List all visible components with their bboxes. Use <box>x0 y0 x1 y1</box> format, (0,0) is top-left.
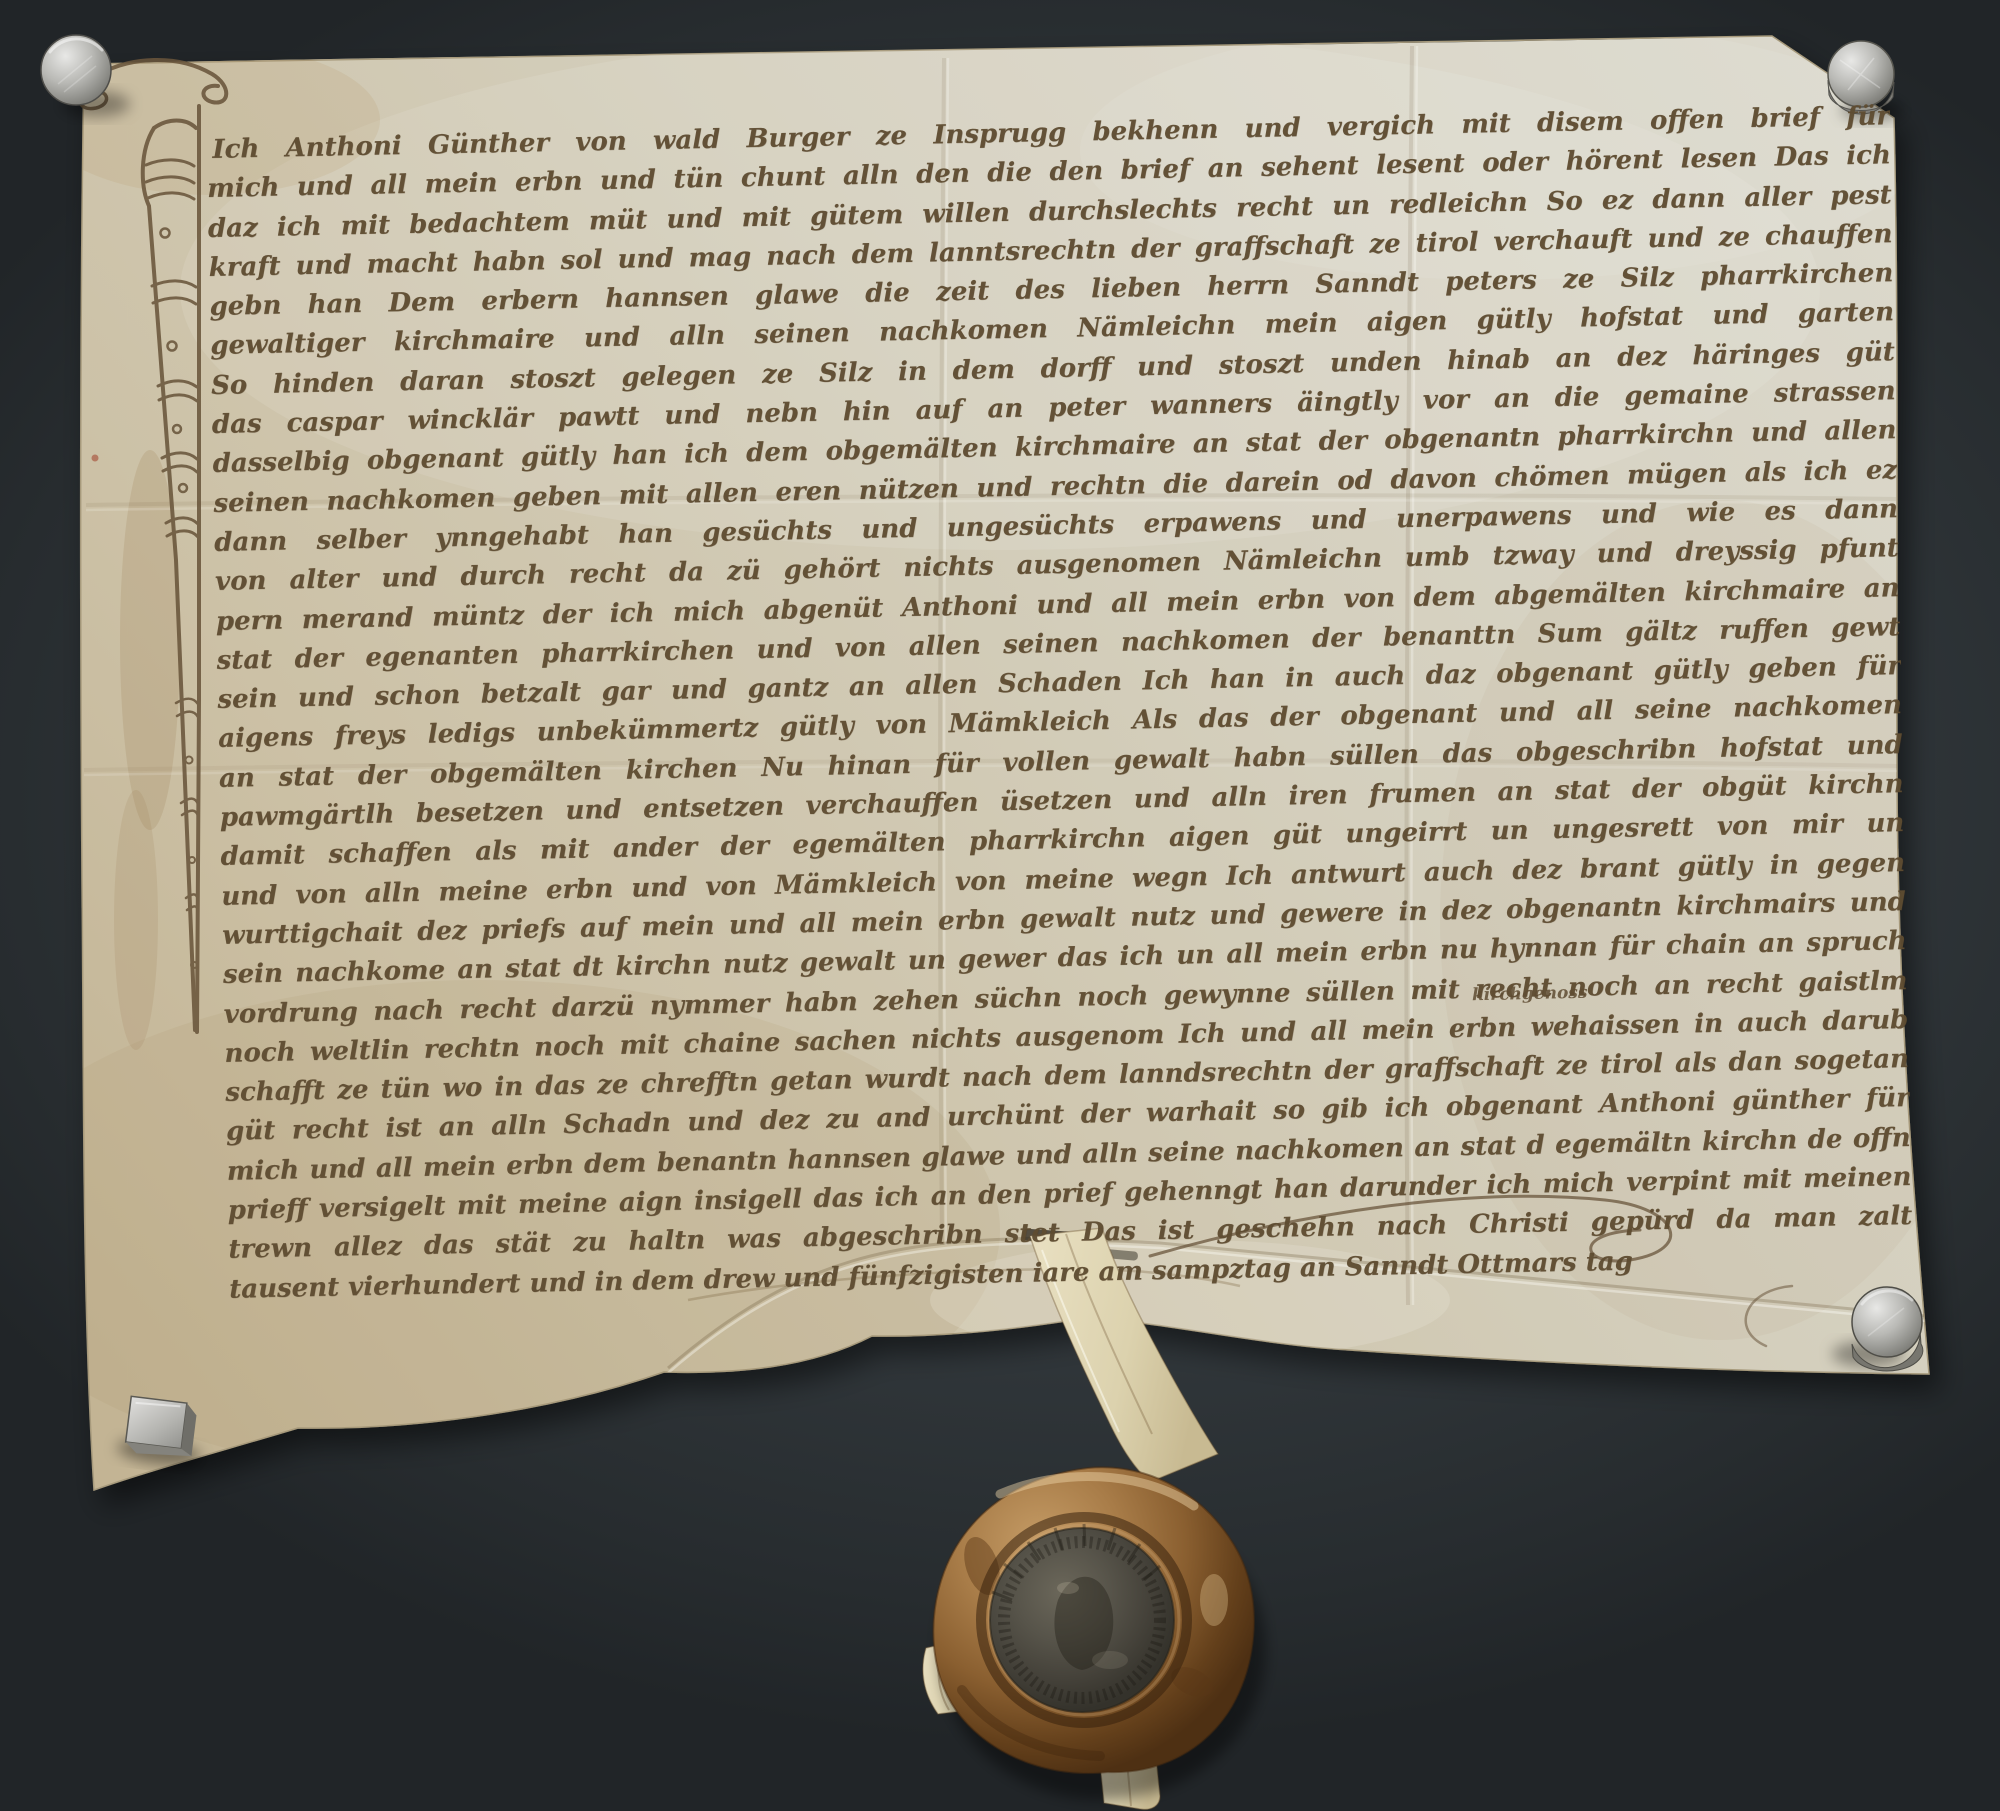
wax-seal <box>933 1467 1266 1800</box>
manuscript-text-block: Ich Anthoni Günther von wald Burger ze I… <box>206 97 1913 1309</box>
photograph-backdrop: Ich Anthoni Günther von wald Burger ze I… <box>0 0 2000 1811</box>
interlinear-insertion: kirchgenoss <box>1472 983 1588 1006</box>
red-speck-stain <box>92 455 99 462</box>
